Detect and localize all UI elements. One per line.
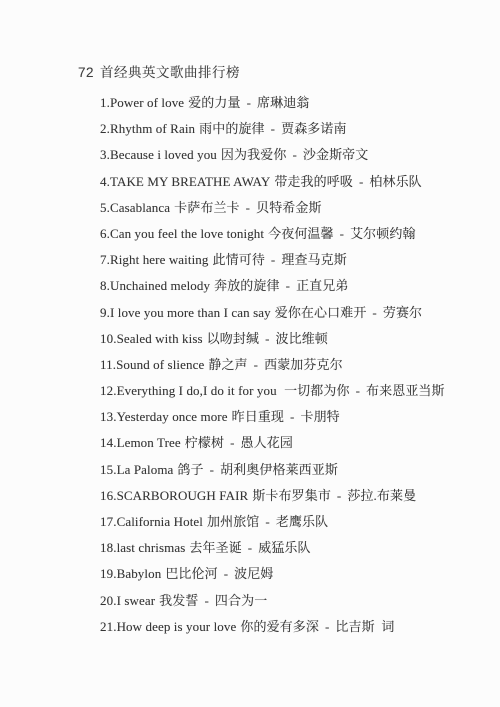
song-title-en: Because i loved you <box>110 147 217 162</box>
song-rank: 7. <box>100 252 110 267</box>
list-item: 7.Right here waiting此情可待-理查马克斯 <box>100 247 490 273</box>
list-item: 4.TAKE MY BREATHE AWAY带走我的呼吸-柏林乐队 <box>100 169 490 195</box>
song-rank: 2. <box>100 121 110 136</box>
separator-dash: - <box>286 278 290 293</box>
list-item: 8.Unchained melody奔放的旋律-正直兄弟 <box>100 273 490 299</box>
song-rank: 20. <box>100 593 117 608</box>
list-item: 11.Sound of slience静之声-西蒙加芬克尔 <box>100 352 490 378</box>
song-title-en: How deep is your love <box>117 619 237 634</box>
separator-dash: - <box>292 147 296 162</box>
song-rank: 8. <box>100 278 110 293</box>
song-rank: 10. <box>100 331 117 346</box>
song-title-zh: 爱你在心口难开 <box>275 305 367 320</box>
list-item: 5.Casablanca卡萨布兰卡-贝特希金斯 <box>100 195 490 221</box>
song-artist: 四合为一 <box>215 593 267 608</box>
song-title-zh: 去年圣诞 <box>189 540 241 555</box>
song-title-en: La Paloma <box>117 462 174 477</box>
song-rank: 4. <box>100 174 110 189</box>
song-list: 1.Power of love爱的力量-席琳迪翁2.Rhythm of Rain… <box>100 90 490 640</box>
song-artist: 老鹰乐队 <box>276 514 328 529</box>
song-artist: 比吉斯 词 <box>335 619 394 634</box>
song-title-zh: 爱的力量 <box>188 95 240 110</box>
song-title-zh: 我发誓 <box>159 593 198 608</box>
list-item: 14.Lemon Tree柠檬树-愚人花园 <box>100 430 490 456</box>
song-artist: 胡利奥伊格莱西亚斯 <box>220 462 338 477</box>
title-number: 72 <box>78 65 94 80</box>
song-rank: 9. <box>100 305 110 320</box>
list-item: 16.SCARBOROUGH FAIR斯卡布罗集市-莎拉.布莱曼 <box>100 483 490 509</box>
song-rank: 18. <box>100 540 117 555</box>
song-artist: 威猛乐队 <box>258 540 310 555</box>
separator-dash: - <box>265 514 269 529</box>
song-rank: 21. <box>100 619 117 634</box>
song-artist: 劳赛尔 <box>383 305 422 320</box>
song-title-en: Sound of slience <box>116 357 204 372</box>
song-title-en: SCARBOROUGH FAIR <box>117 488 249 503</box>
separator-dash: - <box>210 462 214 477</box>
separator-dash: - <box>359 174 363 189</box>
list-item: 2.Rhythm of Rain雨中的旋律-贾森多诺南 <box>100 116 490 142</box>
song-title-en: last chrismas <box>117 540 186 555</box>
list-item: 21.How deep is your love你的爱有多深-比吉斯 词 <box>100 614 490 640</box>
song-title-zh: 一切都为你 <box>281 383 350 398</box>
list-item: 20.I swear我发誓-四合为一 <box>100 588 490 614</box>
song-title-en: Rhythm of Rain <box>110 121 195 136</box>
separator-dash: - <box>248 540 252 555</box>
separator-dash: - <box>246 200 250 215</box>
song-title-en: I swear <box>117 593 156 608</box>
song-title-zh: 柠檬树 <box>185 435 224 450</box>
song-artist: 正直兄弟 <box>296 278 348 293</box>
song-title-zh: 卡萨布兰卡 <box>174 200 240 215</box>
song-rank: 17. <box>100 514 117 529</box>
list-item: 10.Sealed with kiss以吻封缄-波比维顿 <box>100 326 490 352</box>
separator-dash: - <box>356 383 360 398</box>
list-item: 19.Babylon巴比伦河-波尼姆 <box>100 561 490 587</box>
song-title-zh: 雨中的旋律 <box>199 121 265 136</box>
separator-dash: - <box>325 619 329 634</box>
song-artist: 波尼姆 <box>234 566 273 581</box>
song-title-zh: 因为我爱你 <box>221 147 287 162</box>
song-artist: 贝特希金斯 <box>256 200 322 215</box>
separator-dash: - <box>290 409 294 424</box>
song-title-en: Sealed with kiss <box>117 331 203 346</box>
list-item: 1.Power of love爱的力量-席琳迪翁 <box>100 90 490 116</box>
separator-dash: - <box>204 593 208 608</box>
list-item: 17.California Hotel加州旅馆-老鹰乐队 <box>100 509 490 535</box>
song-title-en: TAKE MY BREATHE AWAY <box>110 174 270 189</box>
song-rank: 13. <box>100 409 117 424</box>
song-artist: 愚人花园 <box>241 435 293 450</box>
list-item: 13.Yesterday once more昨日重现-卡朋特 <box>100 404 490 430</box>
song-title-zh: 今夜何温馨 <box>268 226 334 241</box>
song-title-zh: 巴比伦河 <box>165 566 217 581</box>
song-artist: 沙金斯帝文 <box>303 147 369 162</box>
song-title-zh: 静之声 <box>208 357 247 372</box>
song-artist: 西蒙加芬克尔 <box>264 357 343 372</box>
separator-dash: - <box>254 357 258 372</box>
song-artist: 贾森多诺南 <box>281 121 347 136</box>
separator-dash: - <box>224 566 228 581</box>
song-title-en: California Hotel <box>117 514 203 529</box>
song-title-zh: 奔放的旋律 <box>214 278 280 293</box>
separator-dash: - <box>271 252 275 267</box>
list-item: 6.Can you feel the love tonight今夜何温馨-艾尔顿… <box>100 221 490 247</box>
song-artist: 柏林乐队 <box>369 174 421 189</box>
song-rank: 11. <box>100 357 116 372</box>
song-title-en: Unchained melody <box>110 278 210 293</box>
song-rank: 12. <box>100 383 117 398</box>
separator-dash: - <box>340 226 344 241</box>
song-title-zh: 昨日重现 <box>232 409 284 424</box>
song-title-zh: 斯卡布罗集市 <box>252 488 331 503</box>
list-item: 3.Because i loved you因为我爱你-沙金斯帝文 <box>100 142 490 168</box>
title-text: 首经典英文歌曲排行榜 <box>100 65 240 80</box>
page-title: 72首经典英文歌曲排行榜 <box>78 61 240 81</box>
song-title-en: Lemon Tree <box>117 435 181 450</box>
song-rank: 1. <box>100 95 110 110</box>
song-title-en: Right here waiting <box>110 252 209 267</box>
song-artist: 莎拉.布莱曼 <box>347 488 416 503</box>
song-rank: 19. <box>100 566 117 581</box>
separator-dash: - <box>271 121 275 136</box>
separator-dash: - <box>337 488 341 503</box>
list-item: 9.I love you more than I can say爱你在心口难开-… <box>100 300 490 326</box>
document-page: 72首经典英文歌曲排行榜 1.Power of love爱的力量-席琳迪翁2.R… <box>0 0 500 707</box>
separator-dash: - <box>230 435 234 450</box>
separator-dash: - <box>265 331 269 346</box>
list-item: 12.Everything I do,I do it for you 一切都为你… <box>100 378 490 404</box>
list-item: 18.last chrismas去年圣诞-威猛乐队 <box>100 535 490 561</box>
song-title-en: Can you feel the love tonight <box>110 226 264 241</box>
song-artist: 布来恩亚当斯 <box>366 383 445 398</box>
song-title-zh: 以吻封缄 <box>207 331 259 346</box>
list-item: 15.La Paloma鸽子-胡利奥伊格莱西亚斯 <box>100 457 490 483</box>
song-title-en: I love you more than I can say <box>110 305 271 320</box>
song-title-zh: 你的爱有多深 <box>240 619 319 634</box>
song-rank: 16. <box>100 488 117 503</box>
song-title-zh: 此情可待 <box>213 252 265 267</box>
song-title-en: Everything I do,I do it for you <box>117 383 277 398</box>
song-rank: 5. <box>100 200 110 215</box>
song-title-en: Casablanca <box>110 200 170 215</box>
song-title-en: Power of love <box>110 95 184 110</box>
song-rank: 14. <box>100 435 117 450</box>
song-title-zh: 加州旅馆 <box>207 514 259 529</box>
song-title-zh: 带走我的呼吸 <box>274 174 353 189</box>
song-title-zh: 鸽子 <box>177 462 203 477</box>
separator-dash: - <box>372 305 376 320</box>
song-title-en: Yesterday once more <box>117 409 228 424</box>
song-artist: 席琳迪翁 <box>257 95 309 110</box>
song-artist: 卡朋特 <box>300 409 339 424</box>
separator-dash: - <box>247 95 251 110</box>
song-artist: 理查马克斯 <box>281 252 347 267</box>
song-artist: 波比维顿 <box>276 331 328 346</box>
song-title-en: Babylon <box>117 566 162 581</box>
song-rank: 6. <box>100 226 110 241</box>
song-artist: 艾尔顿约翰 <box>350 226 416 241</box>
song-rank: 3. <box>100 147 110 162</box>
song-rank: 15. <box>100 462 117 477</box>
